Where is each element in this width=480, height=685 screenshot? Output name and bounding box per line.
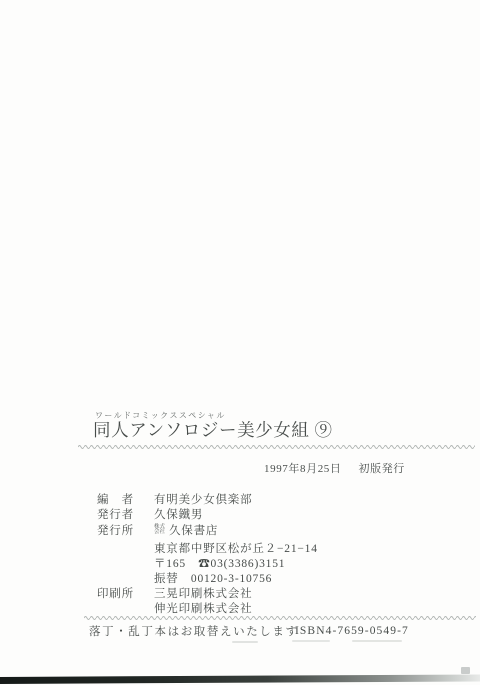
publisher-address: 東京都中野区松が丘２−21−14 (154, 540, 318, 556)
scan-artifact (232, 641, 258, 643)
edition-line: 1997年8月25日初版発行 (264, 460, 405, 476)
book-title: 同人アンソロジー美少女組 ⑨ (93, 417, 333, 442)
printer-name-1: 三晃印刷株式会社 (154, 585, 252, 601)
page-edge-shadow (0, 674, 480, 684)
publisher-postal-transfer: 振替 00120-3-10756 (154, 570, 272, 586)
publisher-label: 発行者 (97, 506, 134, 522)
edition-label: 初版発行 (359, 463, 405, 475)
publisher-name: 久保鐵男 (154, 506, 203, 522)
company-type-prefix: 株式会社 (154, 525, 166, 535)
publishing-house-label: 発行所 (97, 522, 134, 538)
publisher-postal-phone: 〒165 ☎03(3386)3151 (154, 555, 285, 571)
defective-copy-notice: 落丁・乱丁本はお取替えいたします (89, 623, 299, 639)
scan-artifact (461, 667, 470, 674)
printer-label: 印刷所 (97, 585, 134, 601)
publishing-house: 株式会社久保書店 (154, 522, 218, 538)
colophon-page: ワールドコミックススペシャル 同人アンソロジー美少女組 ⑨ 1997年8月25日… (0, 0, 480, 685)
editor-label: 編 者 (97, 491, 134, 507)
scan-artifact (292, 640, 330, 642)
publishing-house-name: 久保書店 (169, 525, 218, 537)
edition-date: 1997年8月25日 (264, 463, 342, 475)
scan-artifact (352, 640, 402, 642)
wavy-divider-top (78, 443, 475, 449)
wavy-divider-bottom (84, 614, 476, 620)
isbn-number: ISBN4-7659-0549-7 (295, 625, 409, 637)
editor-name: 有明美少女倶楽部 (154, 491, 252, 507)
